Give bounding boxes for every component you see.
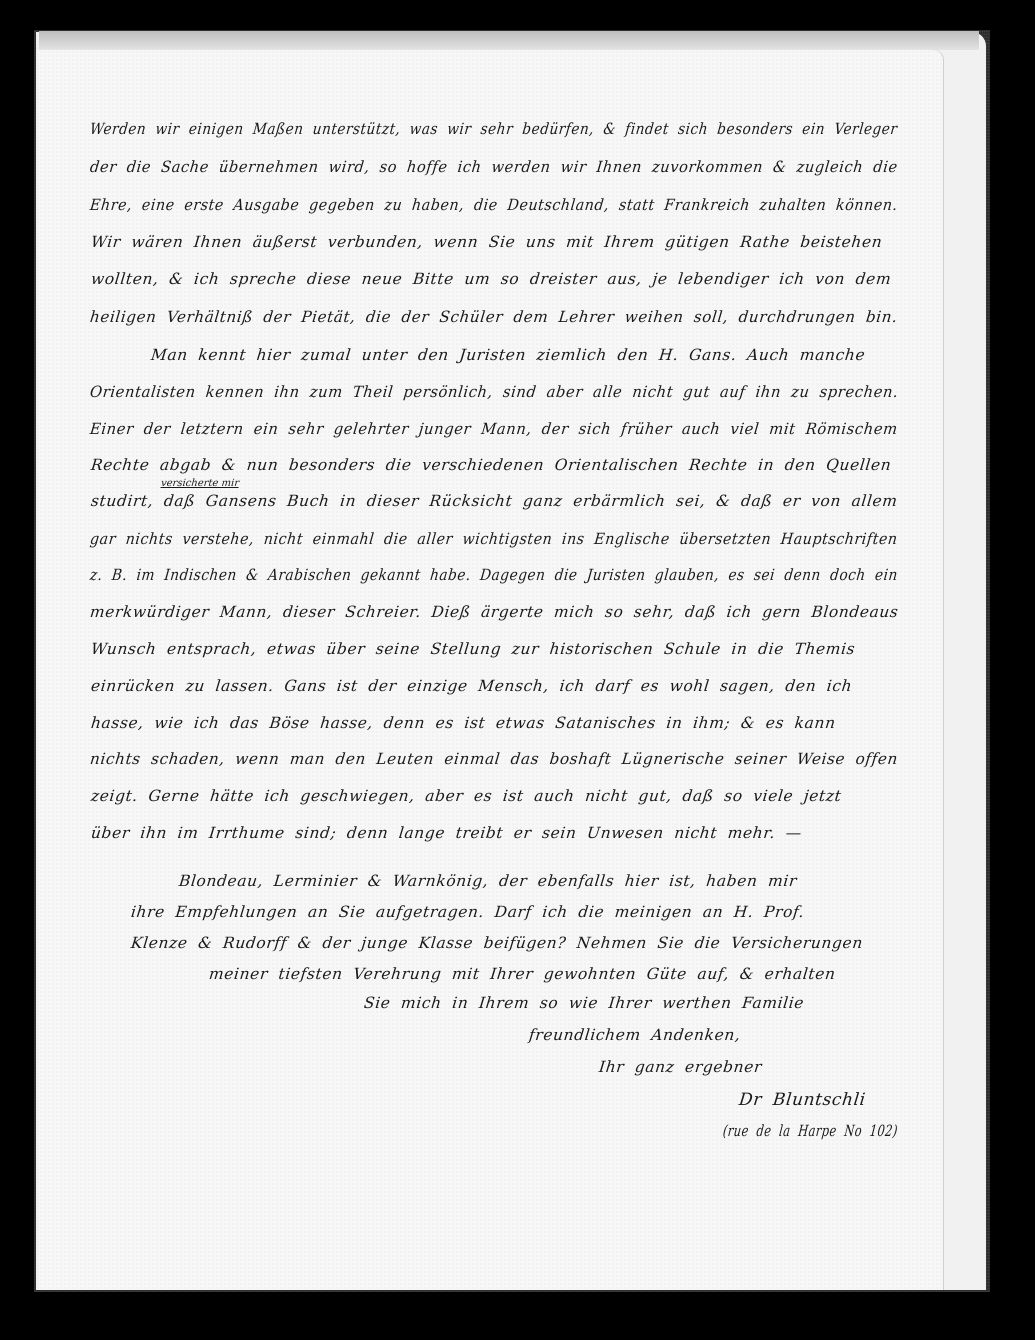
letter-line: nichts schaden, wenn man den Leuten einm… xyxy=(89,750,899,768)
letter-line: Wir wären Ihnen äußerst verbunden, wenn … xyxy=(90,233,883,251)
letter-line: Orientalisten kennen ihn zum Theil persö… xyxy=(89,383,899,401)
letter-line: der die Sache übernehmen wird, so hoffe … xyxy=(89,158,899,176)
signature: Dr Bluntschli xyxy=(738,1090,867,1110)
letter-line: Klenze & Rudorff & der junge Klasse beif… xyxy=(130,934,864,952)
letter-line: merkwürdiger Mann, dieser Schreier. Dieß… xyxy=(89,603,899,621)
letter-line: Werden wir einigen Maßen unterstützt, wa… xyxy=(89,120,898,138)
letter-line: über ihn im Irrthume sind; denn lange tr… xyxy=(90,824,803,842)
letter-body: Werden wir einigen Maßen unterstützt, wa… xyxy=(39,50,943,1290)
sender-address: (rue de la Harpe No 102) xyxy=(722,1122,899,1140)
letter-line: Rechte abgab & nun besonders die verschi… xyxy=(90,456,892,474)
interlinear-insertion: versicherte mir xyxy=(160,478,239,489)
sheet-top-edge xyxy=(39,31,979,50)
letter-line: meiner tiefsten Verehrung mit Ihrer gewo… xyxy=(208,965,837,983)
letter-line: Sie mich in Ihrem so wie Ihrer werthen F… xyxy=(363,994,805,1012)
letter-line: gar nichts verstehe, nicht einmahl die a… xyxy=(89,530,898,548)
letter-line: ihre Empfehlungen an Sie aufgetragen. Da… xyxy=(130,903,805,921)
letter-page: Werden wir einigen Maßen unterstützt, wa… xyxy=(39,50,943,1290)
letter-line: wollten, & ich spreche diese neue Bitte … xyxy=(90,270,892,288)
letter-line: Wunsch entsprach, etwas über seine Stell… xyxy=(90,640,856,658)
letter-line: hasse, wie ich das Böse hasse, denn es i… xyxy=(90,714,837,732)
letter-line: Man kennt hier zumal unter den Juristen … xyxy=(150,346,866,364)
letter-line: Einer der letztern ein sehr gelehrter ju… xyxy=(89,420,899,438)
scan-background: Werden wir einigen Maßen unterstützt, wa… xyxy=(0,0,1035,1340)
letter-line: Blondeau, Lerminier & Warnkönig, der ebe… xyxy=(178,872,798,890)
letter-line: Ehre, eine erste Ausgabe gegeben zu habe… xyxy=(89,196,899,214)
letter-line: heiligen Verhältniß der Pietät, die der … xyxy=(89,308,898,326)
letter-line: zeigt. Gerne hätte ich geschwiegen, aber… xyxy=(90,787,842,805)
letter-line: einrücken zu lassen. Gans ist der einzig… xyxy=(90,677,853,695)
closing-line: Ihr ganz ergebner xyxy=(598,1058,763,1076)
closing-line: freundlichem Andenken, xyxy=(528,1026,741,1044)
letter-line: studirt, daß Gansens Buch in dieser Rück… xyxy=(90,492,899,510)
letter-line: z. B. im Indischen & Arabischen gekannt … xyxy=(89,566,899,584)
